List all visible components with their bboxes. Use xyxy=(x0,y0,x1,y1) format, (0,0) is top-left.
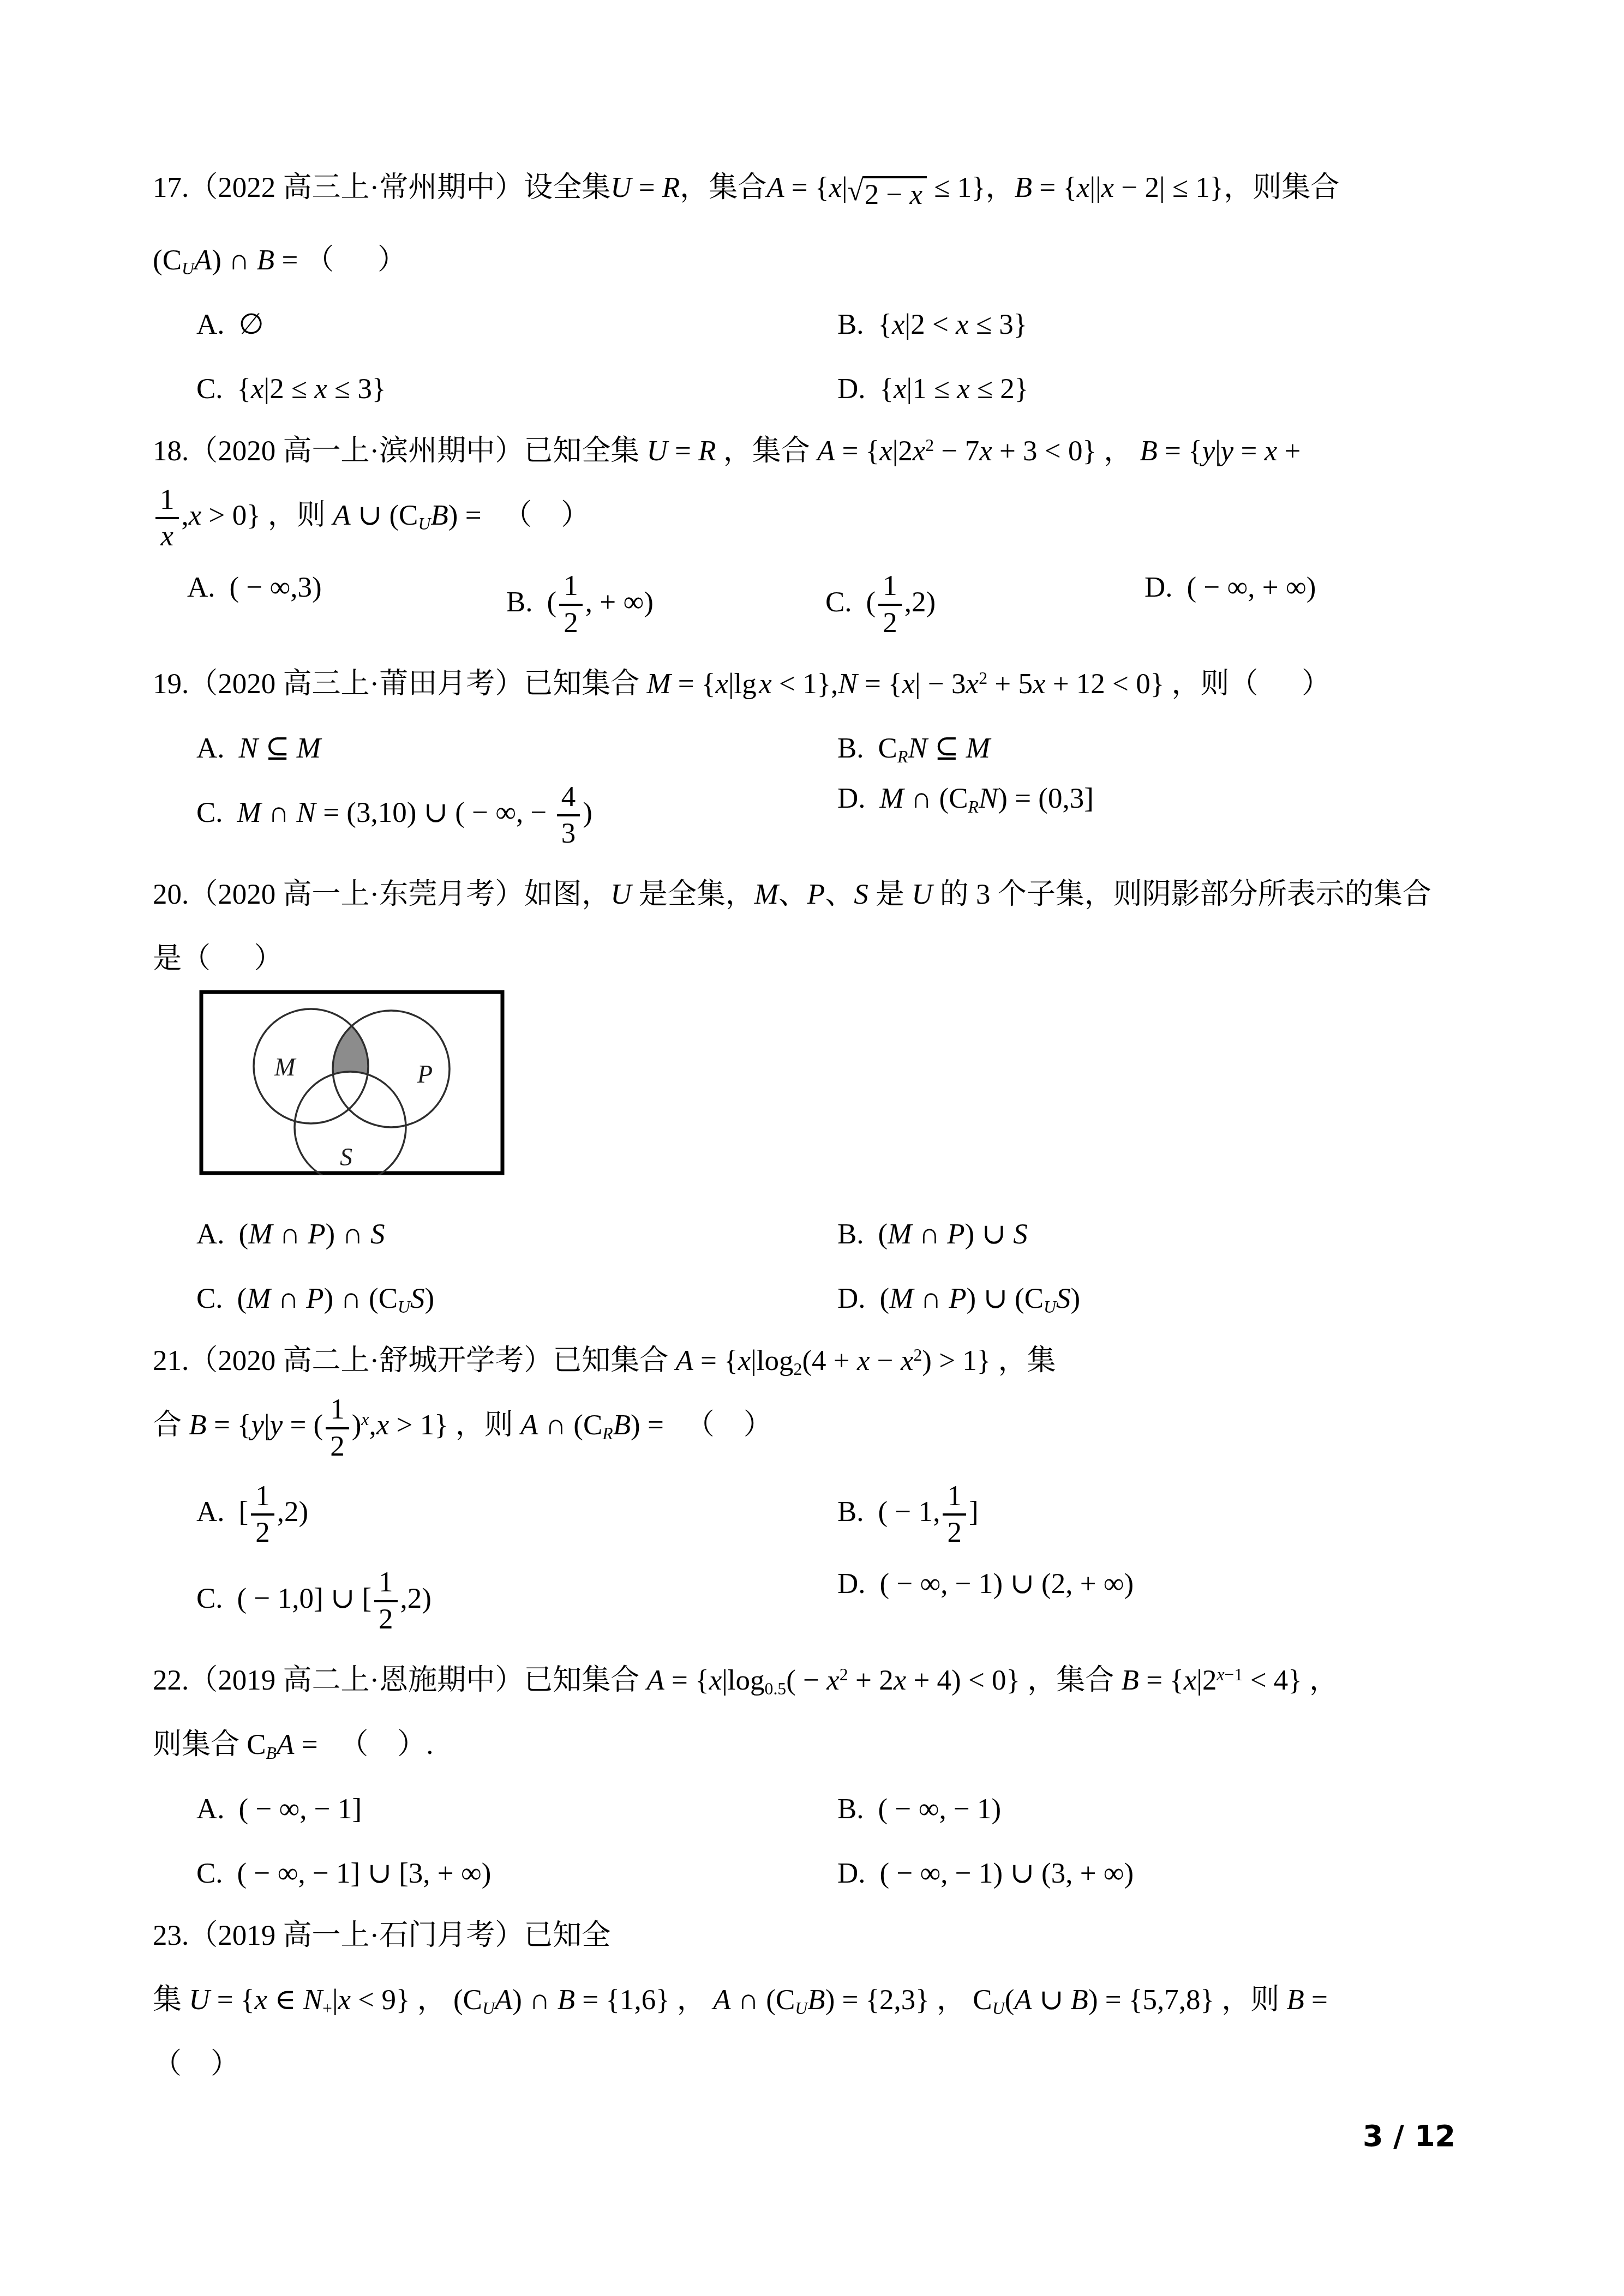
option-math: ( − ∞, − 1) ∪ (3, + ∞) xyxy=(880,1858,1134,1889)
question-19-option-A: A.N ⊆ M xyxy=(153,731,794,765)
question-18-option-C: C.(12,2) xyxy=(791,570,1110,638)
option-label: D. xyxy=(837,1283,866,1314)
question-20-line-2: 是（ ） xyxy=(153,942,1511,976)
option-label: D. xyxy=(837,1858,866,1889)
question-18-line-1: 18.（2020 高一上·滨州期中）已知全集 U = R ，集合 A = {x|… xyxy=(153,434,1511,468)
question-22-option-B: B.( − ∞, − 1) xyxy=(794,1792,1511,1826)
option-label: B. xyxy=(837,732,864,764)
question-22-options-row: A.( − ∞, − 1]B.( − ∞, − 1) xyxy=(153,1792,1511,1826)
question-17-options-row: C.{x|2 ≤ x ≤ 3}D.{x|1 ≤ x ≤ 2} xyxy=(153,372,1511,406)
option-math: (M ∩ P) ∪ S xyxy=(878,1218,1028,1250)
question-17-options-row: A.∅B.{x|2 < x ≤ 3} xyxy=(153,308,1511,341)
question-23: 23.（2019 高一上·石门月考）已知全集 U = {x ∈ N+|x < 9… xyxy=(153,1919,1511,2081)
question-18-option-B: B.(12, + ∞) xyxy=(472,570,791,638)
option-math: ( − ∞, − 1] ∪ [3, + ∞) xyxy=(237,1858,492,1889)
question-23-line-2: 集 U = {x ∈ N+|x < 9} ， (CUA) ∩ B = {1,6}… xyxy=(153,1983,1511,2017)
venn-diagram: M P S xyxy=(199,990,505,1182)
venn-label-m: M xyxy=(274,1053,297,1081)
question-20-line-1: 20.（2020 高一上·东莞月考）如图，U 是全集，M、P、S 是 U 的 3… xyxy=(153,877,1511,911)
question-19-line-1: 19.（2020 高三上·莆田月考）已知集合 M = {x|lg x < 1},… xyxy=(153,667,1511,701)
question-22-option-D: D.( − ∞, − 1) ∪ (3, + ∞) xyxy=(794,1856,1511,1890)
question-20-option-B: B.(M ∩ P) ∪ S xyxy=(794,1217,1511,1251)
question-21-options-row: A.[12,2)B.( − 1,12] xyxy=(153,1481,1511,1548)
question-22-line-2: 则集合 CBA = （ ）. xyxy=(153,1728,1511,1762)
question-22: 22.（2019 高二上·恩施期中）已知集合 A = {x|log0.5( − … xyxy=(153,1663,1511,1890)
option-math: M ∩ N = (3,10) ∪ ( − ∞, − 43) xyxy=(237,797,592,828)
question-21-option-C: C.( − 1,0] ∪ [12,2) xyxy=(153,1567,794,1634)
question-20: 20.（2020 高一上·东莞月考）如图，U 是全集，M、P、S 是 U 的 3… xyxy=(153,877,1511,1315)
question-22-option-A: A.( − ∞, − 1] xyxy=(153,1792,794,1826)
option-label: B. xyxy=(837,1793,864,1825)
option-math: ( − ∞, − 1] xyxy=(239,1793,362,1825)
question-18-option-A: A.( − ∞,3) xyxy=(153,570,472,638)
option-math: {x|2 ≤ x ≤ 3} xyxy=(237,373,386,405)
question-17-option-C: C.{x|2 ≤ x ≤ 3} xyxy=(153,372,794,406)
question-21-options-row: C.( − 1,0] ∪ [12,2)D.( − ∞, − 1) ∪ (2, +… xyxy=(153,1567,1511,1634)
question-17-line-2: (CUA) ∩ B = （ ） xyxy=(153,243,1511,277)
question-23-line-1: 23.（2019 高一上·石门月考）已知全 xyxy=(153,1919,1511,1952)
option-math: ( − ∞, − 1) xyxy=(878,1793,1002,1825)
option-label: C. xyxy=(196,373,223,405)
venn-label-p: P xyxy=(417,1060,433,1088)
option-label: A. xyxy=(196,309,225,340)
option-math: (12, + ∞) xyxy=(547,586,654,618)
page-number: 3 / 12 xyxy=(1363,2120,1455,2152)
option-label: A. xyxy=(196,1793,225,1825)
option-math: (12,2) xyxy=(866,586,936,618)
question-19: 19.（2020 高三上·莆田月考）已知集合 M = {x|lg x < 1},… xyxy=(153,667,1511,849)
option-math: {x|1 ≤ x ≤ 2} xyxy=(880,373,1029,405)
question-19-option-C: C.M ∩ N = (3,10) ∪ ( − ∞, − 43) xyxy=(153,782,794,849)
option-math: M ∩ (CRN) = (0,3] xyxy=(880,783,1094,814)
question-20-options-row: C.(M ∩ P) ∩ (CUS)D.(M ∩ P) ∪ (CUS) xyxy=(153,1282,1511,1315)
option-label: C. xyxy=(196,1858,223,1889)
option-label: D. xyxy=(1144,572,1173,603)
question-19-options-row: A.N ⊆ MB.CRN ⊆ M xyxy=(153,731,1511,765)
option-label: A. xyxy=(196,1496,225,1528)
option-math: ( − 1,0] ∪ [12,2) xyxy=(237,1583,432,1614)
question-21-line-2: 合 B = {y|y = (12)x,x > 1} ，则 A ∩ (CRB) =… xyxy=(153,1394,1511,1462)
option-label: B. xyxy=(837,309,864,340)
option-label: A. xyxy=(196,1218,225,1250)
question-22-options-row: C.( − ∞, − 1] ∪ [3, + ∞)D.( − ∞, − 1) ∪ … xyxy=(153,1856,1511,1890)
question-17-option-B: B.{x|2 < x ≤ 3} xyxy=(794,308,1511,341)
option-label: C. xyxy=(196,1583,223,1614)
question-20-options-row: A.(M ∩ P) ∩ SB.(M ∩ P) ∪ S xyxy=(153,1217,1511,1251)
option-math: (M ∩ P) ∩ (CUS) xyxy=(237,1283,435,1314)
question-19-option-B: B.CRN ⊆ M xyxy=(794,731,1511,765)
option-label: A. xyxy=(196,732,225,764)
question-21-line-1: 21.（2020 高二上·舒城开学考）已知集合 A = {x|log2(4 + … xyxy=(153,1344,1511,1378)
question-21-option-A: A.[12,2) xyxy=(153,1481,794,1548)
option-label: D. xyxy=(837,373,866,405)
option-label: C. xyxy=(196,1283,223,1314)
question-19-options-row: C.M ∩ N = (3,10) ∪ ( − ∞, − 43)D.M ∩ (CR… xyxy=(153,782,1511,849)
option-label: B. xyxy=(506,586,533,618)
question-22-line-1: 22.（2019 高二上·恩施期中）已知集合 A = {x|log0.5( − … xyxy=(153,1663,1511,1697)
option-math: {x|2 < x ≤ 3} xyxy=(878,309,1028,340)
option-label: B. xyxy=(837,1218,864,1250)
option-math: ( − 1,12] xyxy=(878,1496,979,1528)
option-math: N ⊆ M xyxy=(239,732,321,764)
option-math: ( − ∞,3) xyxy=(230,572,322,603)
option-math: [12,2) xyxy=(239,1496,309,1528)
question-23-line-3: （ ） xyxy=(153,2047,1511,2081)
option-math: ( − ∞, − 1) ∪ (2, + ∞) xyxy=(880,1568,1134,1600)
question-18-option-D: D.( − ∞, + ∞) xyxy=(1110,570,1511,638)
option-label: C. xyxy=(196,797,223,828)
option-math: CRN ⊆ M xyxy=(878,732,990,764)
option-math: ∅ xyxy=(239,309,264,340)
question-17: 17.（2022 高三上·常州期中）设全集U = R，集合A = {x|√2 −… xyxy=(153,171,1511,406)
option-math: (M ∩ P) ∪ (CUS) xyxy=(880,1283,1081,1314)
question-21-option-D: D.( − ∞, − 1) ∪ (2, + ∞) xyxy=(794,1567,1511,1634)
question-18: 18.（2020 高一上·滨州期中）已知全集 U = R ，集合 A = {x|… xyxy=(153,434,1511,639)
option-math: ( − ∞, + ∞) xyxy=(1187,572,1316,603)
question-17-option-D: D.{x|1 ≤ x ≤ 2} xyxy=(794,372,1511,406)
worksheet-page: 17.（2022 高三上·常州期中）设全集U = R，集合A = {x|√2 −… xyxy=(0,0,1624,2296)
question-20-option-D: D.(M ∩ P) ∪ (CUS) xyxy=(794,1282,1511,1315)
option-math: (M ∩ P) ∩ S xyxy=(239,1218,385,1250)
venn-label-s: S xyxy=(340,1143,352,1171)
question-20-option-A: A.(M ∩ P) ∩ S xyxy=(153,1217,794,1251)
option-label: B. xyxy=(837,1496,864,1528)
question-18-line-2: 1x,x > 0} ，则 A ∪ (CUB) = （ ） xyxy=(153,484,1511,552)
question-19-option-D: D.M ∩ (CRN) = (0,3] xyxy=(794,782,1511,849)
question-18-options-row: A.( − ∞,3)B.(12, + ∞)C.(12,2)D.( − ∞, + … xyxy=(153,570,1511,638)
questions: 17.（2022 高三上·常州期中）设全集U = R，集合A = {x|√2 −… xyxy=(153,171,1511,2081)
option-label: D. xyxy=(837,783,866,814)
question-17-line-1: 17.（2022 高三上·常州期中）设全集U = R，集合A = {x|√2 −… xyxy=(153,171,1511,213)
question-20-option-C: C.(M ∩ P) ∩ (CUS) xyxy=(153,1282,794,1315)
question-17-option-A: A.∅ xyxy=(153,308,794,341)
option-label: D. xyxy=(837,1568,866,1600)
question-21-option-B: B.( − 1,12] xyxy=(794,1481,1511,1548)
venn-svg: M P S xyxy=(199,990,505,1175)
option-label: C. xyxy=(825,586,852,618)
option-label: A. xyxy=(187,572,215,603)
question-21: 21.（2020 高二上·舒城开学考）已知集合 A = {x|log2(4 + … xyxy=(153,1344,1511,1634)
question-22-option-C: C.( − ∞, − 1] ∪ [3, + ∞) xyxy=(153,1856,794,1890)
